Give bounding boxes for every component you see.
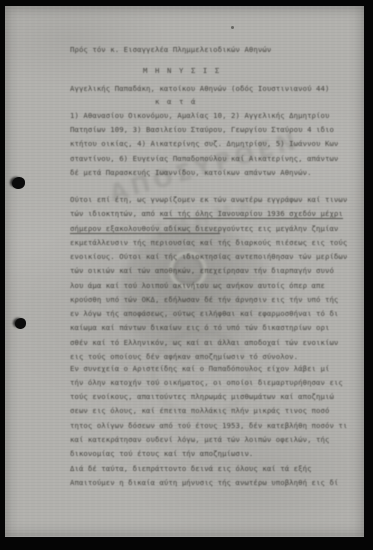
dust-speck xyxy=(231,26,234,29)
hole-punch-bottom xyxy=(15,318,26,329)
text-line: Εν συνεχεία ο Αριστείδης καί ο Παπαδόπου… xyxy=(70,364,329,373)
text-line: εν λόγω τής αποφάσεως, ούτως ειλήφθαι κα… xyxy=(70,309,338,318)
hole-punch-top xyxy=(12,177,25,189)
text-line: καίωμα καί πάντων δικαίων εις ό τό υπό τ… xyxy=(70,323,329,332)
text-line: κρούσθη υπό τών ΟΚΔ, εδήλωσαν δέ τήν άρν… xyxy=(70,295,338,304)
underline-mark xyxy=(70,233,220,234)
text-line: ενοικίους. Ούτοι καί τής ιδιοκτησίας αντ… xyxy=(70,252,347,261)
text-line: σθέν καί τό Ελληνικόν, ως καί αι άλλαι α… xyxy=(70,338,338,347)
text-line: Ούτοι επί έτη, ως γνωρίζομεν εκ τών ανωτ… xyxy=(70,195,347,204)
text-line: σταντίνου, 6) Ευγενίας Παπαδοπούλου καί … xyxy=(70,154,338,163)
text-line: τούς ενοίκους, απαιτούντες πληρωμάς μισθ… xyxy=(70,392,334,401)
text-line: Πατησίων 109, 3) Βασιλείου Σταύρου, Γεωρ… xyxy=(70,125,334,134)
text-line: τητος ολίγων δόσεων από τού έτους 1953, … xyxy=(70,421,347,430)
text-line: εκμετάλλευσιν τής περιουσίας καί τής δια… xyxy=(70,238,347,247)
text-line: σήμερον εξακολουθούν αδίκως διενεργούντε… xyxy=(70,224,338,233)
underline-mark xyxy=(163,218,343,219)
text-line: τών οικιών καί τών αποθηκών, επεχείρησαν… xyxy=(70,266,334,275)
page-artifacts: ΑΠΟΣΥΡΘΕΝ ΤΜΗΜΑ Πρός τόν κ. Εισαγγελέα Π… xyxy=(0,0,373,550)
scanned-photo-frame: ΑΠΟΣΥΡΘΕΝ ΤΜΗΜΑ Πρός τόν κ. Εισαγγελέα Π… xyxy=(0,0,373,550)
text-line: τών ιδιοκτητών, από καί τής όλης Ιανουαρ… xyxy=(70,209,343,218)
text-line: καί κατεκράτησαν ουδενί λόγω, μετά τών λ… xyxy=(70,435,329,444)
text-line: κτήτου οικίας, 4) Αικατερίνης συζ. Δημητ… xyxy=(70,139,338,148)
text-line: τήν όλην κατοχήν τού οικήματος, οι οποίο… xyxy=(70,378,343,387)
text-line: λου άμα καί τού λοιπού ακινήτου ως ανήκο… xyxy=(70,281,325,290)
text-line: κ α τ ά xyxy=(155,97,197,106)
text-line: Αγγελικής Παπαδάκη, κατοίκου Αθηνών (οδό… xyxy=(70,84,329,93)
text-line: Διά δέ ταύτα, διεπράττοντο δεινά εις όλο… xyxy=(70,464,312,473)
text-line: Πρός τόν κ. Εισαγγελέα Πλημμελειοδικών Α… xyxy=(70,45,271,54)
text-line: σεων εις όλους, καί έπειτα πολλάκις πλήν… xyxy=(70,406,329,415)
text-line: δέ μετά Παρασκευής Ιωαννίδου, κατοίκων α… xyxy=(70,168,312,177)
text-line: δικονομίας τού έτους καί τήν αποζημίωσιν… xyxy=(70,449,253,458)
text-line: Μ Η Ν Υ Σ Ι Σ xyxy=(143,66,221,75)
text-line: Απαιτούμεν η δικαία αύτη μήνυσις τής ανω… xyxy=(70,478,338,487)
text-line: 1) Αθανασίου Οικονόμου, Αμαλίας 10, 2) Α… xyxy=(70,111,329,120)
text-line: εις τούς οποίους δέν αφήκαν αποζημίωσιν … xyxy=(70,352,298,361)
